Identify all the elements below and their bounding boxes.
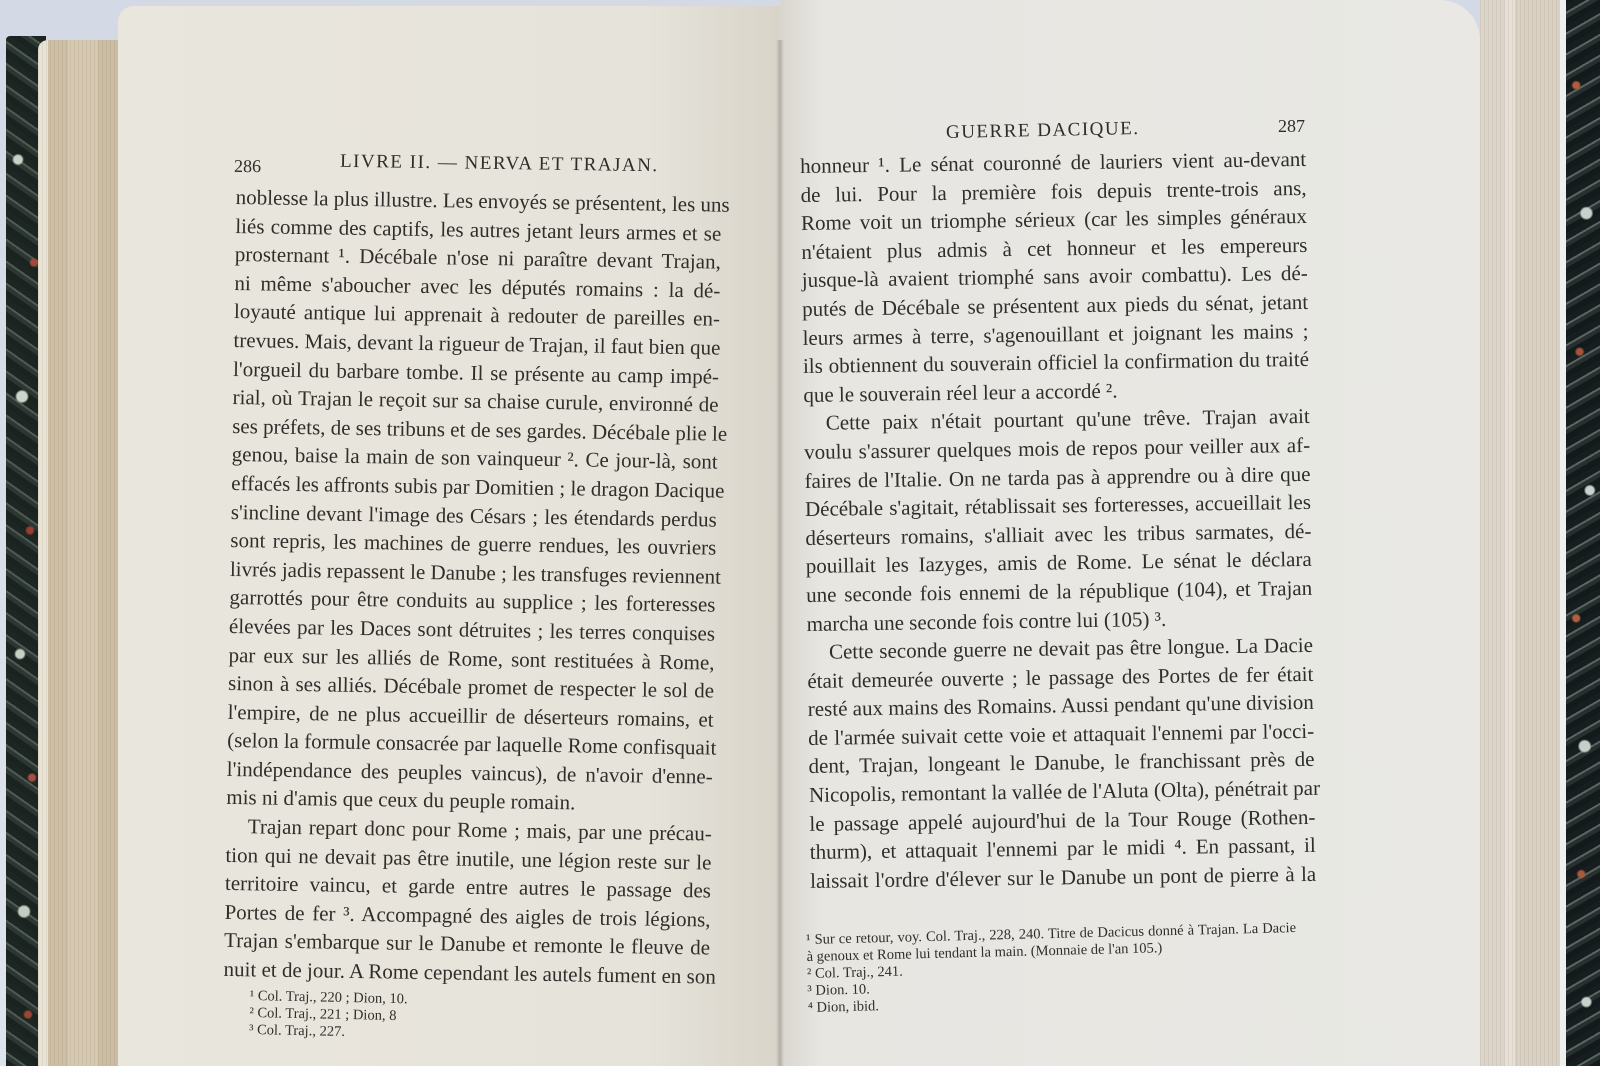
left-page-number: 286	[234, 156, 261, 177]
right-body-text: honneur ¹. Le sénat couronné de lauriers…	[800, 145, 1316, 895]
left-running-head: LIVRE II. — NERVA ET TRAJAN.	[340, 151, 659, 177]
left-body-text: noblesse la plus illustre. Les envoyés s…	[223, 183, 722, 991]
cover-lining-right	[1560, 0, 1566, 1066]
left-footnotes: ¹ Col. Traj., 220 ; Dion, 10. ² Col. Tra…	[249, 988, 408, 1042]
page-block-edge-left	[38, 40, 118, 1066]
right-page-number: 287	[1278, 116, 1305, 137]
right-running-head: GUERRE DACIQUE.	[946, 118, 1140, 144]
book-gutter	[776, 40, 784, 1066]
right-footnotes: ¹ Sur ce retour, voy. Col. Traj., 228, 2…	[806, 920, 1298, 1017]
marbled-cover-right	[1566, 0, 1600, 1066]
footnote: ³ Col. Traj., 227.	[249, 1022, 407, 1042]
page-block-edge-right	[1480, 0, 1560, 1066]
